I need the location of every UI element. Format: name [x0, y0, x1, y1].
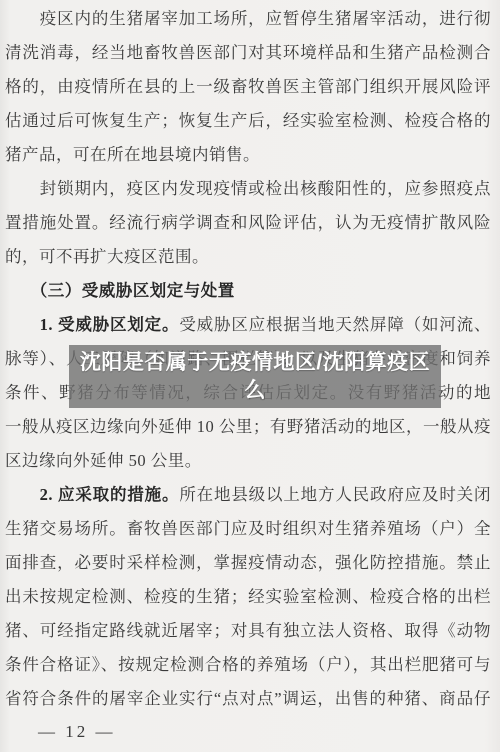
bold-text: 2. 应采取的措施。: [5, 485, 179, 504]
text-line: 的，可不再扩大疫区范围。: [5, 240, 491, 274]
text-line: 猪、可经指定路线就近屠宰；对具有独立法人资格、取得《动物防疫: [5, 614, 491, 648]
text-line: 1. 受威胁区划定。受威胁区应根据当地天然屏障（如河流、山: [5, 308, 491, 342]
text-line: 一般从疫区边缘向外延伸 10 公里；有野猪活动的地区，一般从疫: [5, 410, 491, 444]
text-line: 格的，由疫情所在县的上一级畜牧兽医主管部门组织开展风险评: [5, 70, 491, 104]
bold-text: （三）受威胁区划定与处置: [5, 281, 235, 300]
text-line: 估通过后可恢复生产；恢复生产后，经实验室检测、检疫合格的生: [5, 104, 491, 138]
text-line: 生猪交易场所。畜牧兽医部门应及时组织对生猪养殖场（户）全: [5, 512, 491, 546]
text-line: 2. 应采取的措施。所在地县级以上地方人民政府应及时关闭: [5, 478, 491, 512]
text-line: （三）受威胁区划定与处置: [5, 274, 491, 308]
text-line: 疫区内的生猪屠宰加工场所，应暂停生猪屠宰活动，进行彻底: [5, 2, 491, 36]
text-line: 省符合条件的屠宰企业实行“点对点”调运，出售的种猪、商品仔: [5, 682, 491, 716]
text-line: 区边缘向外延伸 50 公里。: [5, 444, 491, 478]
text-line: 清洗消毒，经当地畜牧兽医部门对其环境样品和生猪产品检测合: [5, 36, 491, 70]
overlay-title: 沈阳是否属于无疫情地区/沈阳算疫区么: [77, 349, 433, 405]
text-line: 封锁期内，疫区内发现疫情或检出核酸阳性的，应参照疫点处: [5, 172, 491, 206]
bold-text: 1. 受威胁区划定。: [5, 315, 179, 334]
text-line: 出未按规定检测、检疫的生猪；经实验室检测、检疫合格的出栏肥: [5, 580, 491, 614]
page-number: — 12 —: [38, 722, 116, 742]
title-overlay: 沈阳是否属于无疫情地区/沈阳算疫区么: [69, 345, 441, 408]
text-line: 置措施处置。经流行病学调查和风险评估，认为无疫情扩散风险: [5, 206, 491, 240]
text-line: 条件合格证》、按规定检测合格的养殖场（户），其出栏肥猪可与本: [5, 648, 491, 682]
text-line: 面排查，必要时采样检测，掌握疫情动态，强化防控措施。禁止调: [5, 546, 491, 580]
text-line: 猪产品，可在所在地县境内销售。: [5, 138, 491, 172]
